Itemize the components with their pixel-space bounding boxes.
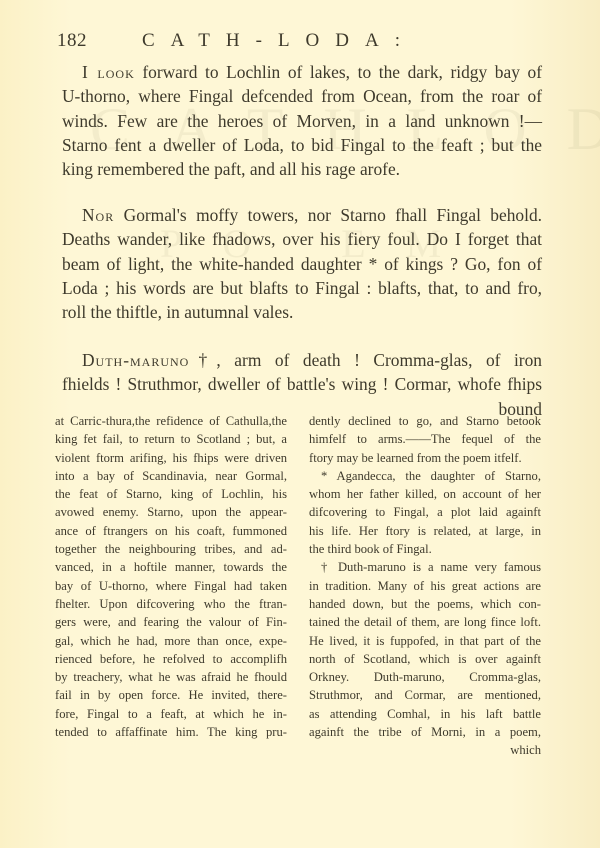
paragraph-2: Nor Gormal's moffy towers, nor Starno fh… <box>62 203 542 324</box>
note-line: king fet fail, to return to Scotland ; b… <box>55 430 287 448</box>
note-line: againft the tribe of Morni, in a poem, <box>309 723 541 741</box>
text-line: Deaths wander, like fhadows, over his fi… <box>62 227 542 251</box>
note-line: in tradition. Many of his great actions … <box>309 577 541 595</box>
paragraph-3: Duth-maruno†, arm of death ! Cromma-glas… <box>62 348 542 421</box>
text-line: king remembered the paft, and all his ra… <box>62 157 542 181</box>
note-line: fhelter. Upon difcovering who the ftran- <box>55 595 287 613</box>
text-line: roll the thiftle, in autumnal vales. <box>62 300 542 324</box>
note-line: avowed enemy. Starno, upon the appear- <box>55 503 287 521</box>
note-line: gal, which he had, more than once, expe- <box>55 632 287 650</box>
footnote-column-right: dently declined to go, and Starno betook… <box>309 412 541 760</box>
note-line: ance of ftrangers on his coaft, fummoned <box>55 522 287 540</box>
note-line: tended to affaffinate him. The king pru- <box>55 723 287 741</box>
book-page: CATHLOD PO EM 182 CATH-LODA: I look forw… <box>0 0 600 848</box>
page-number: 182 <box>57 30 87 52</box>
note-line: the feat of Starno, king of Lochlin, his <box>55 485 287 503</box>
note-line: He lived, it is fuppofed, in that part o… <box>309 632 541 650</box>
note-line: Struthmor, and Cormar, are mentioned, <box>309 686 541 704</box>
text-line: beam of light, the white-handed daughter… <box>62 252 542 276</box>
paragraph-lead: I look <box>82 62 135 82</box>
text-line: Duth-maruno†, arm of death ! Cromma-glas… <box>62 348 542 372</box>
note-line: ftory may be learned from the poem itfel… <box>309 449 541 467</box>
note-line: difcovering to Fingal, a plot laid again… <box>309 503 541 521</box>
note-line: his life. Her ftory is related, at large… <box>309 522 541 540</box>
note-line: himfelf to arms.——The fequel of the <box>309 430 541 448</box>
note-line: into a bay of Scandinavia, near Gormal, <box>55 467 287 485</box>
note-line: by treachery, what he was afraid he fhou… <box>55 668 287 686</box>
note-line: Orkney. Duth-maruno, Cromma-glas, <box>309 668 541 686</box>
paragraph-lead: Duth-maruno <box>82 350 189 370</box>
text-line: Loda ; his words are but blafts to Finga… <box>62 276 542 300</box>
note-line: as attending Comhal, in his laft battle <box>309 705 541 723</box>
note-line: bay of U-thorno, where Fingal had taken <box>55 577 287 595</box>
note-line: vanced, in a hoftile manner, towards the <box>55 558 287 576</box>
note-line: violent ftorm arifing, his fhips were dr… <box>55 449 287 467</box>
text-line: fhields ! Struthmor, dweller of battle's… <box>62 372 542 396</box>
note-line: fail in by open force. He invited, there… <box>55 686 287 704</box>
note-line: whom her father killed, on account of he… <box>309 485 541 503</box>
note-line: fore, Fingal to a feaft, at which he in- <box>55 705 287 723</box>
note-line: dently declined to go, and Starno betook <box>309 412 541 430</box>
note-line: at Carric-thura,the refidence of Cathull… <box>55 412 287 430</box>
page-header: 182 CATH-LODA: <box>57 30 527 56</box>
text-line: Nor Gormal's moffy towers, nor Starno fh… <box>62 203 542 227</box>
note-line: tained the detail of them, are long finc… <box>309 613 541 631</box>
text-line: winds. Few are the heroes of Morven, in … <box>62 109 542 133</box>
footnote-agandecca: * Agandecca, the daughter of Starno, <box>309 467 541 485</box>
paragraph-1: I look forward to Lochlin of lakes, to t… <box>62 60 542 181</box>
note-line: handed down, but the poems, which con- <box>309 595 541 613</box>
note-line: north of Scotland, which is over againft <box>309 650 541 668</box>
text-line: Starno fent a dweller of Loda, to bid Fi… <box>62 133 542 157</box>
footnote-duth-maruno: † Duth-maruno is a name very famous <box>309 558 541 576</box>
text-line: I look forward to Lochlin of lakes, to t… <box>62 60 542 84</box>
footnote-column-left: at Carric-thura,the refidence of Cathull… <box>55 412 287 741</box>
note-line: rienced before, he refolved to accomplif… <box>55 650 287 668</box>
note-line: together the neighbouring tribes, and ad… <box>55 540 287 558</box>
catchword: which <box>309 741 541 759</box>
text-line: U-thorno, where Fingal defcended from Oc… <box>62 84 542 108</box>
running-title: CATH-LODA: <box>142 30 416 52</box>
note-line: the third book of Fingal. <box>309 540 541 558</box>
note-line: gers were, and fearing the valour of Fin… <box>55 613 287 631</box>
paragraph-lead: Nor <box>82 205 114 225</box>
